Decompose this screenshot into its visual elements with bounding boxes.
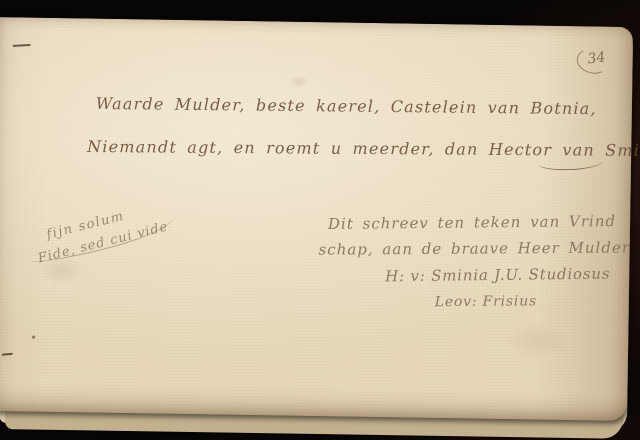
page-number-digits: 34 <box>587 49 607 67</box>
dedication-line-2: schap, aan de braave Heer Mulder <box>318 238 630 258</box>
page-number: 34 <box>578 48 612 75</box>
inscription-line-2: Niemandt agt, en roemt u meerder, dan He… <box>87 137 640 160</box>
album-page: 34 Waarde Mulder, beste kaerel, Castelei… <box>0 17 633 421</box>
underline-flourish <box>539 159 603 170</box>
inscription-line-1: Waarde Mulder, beste kaerel, Castelein v… <box>96 94 597 118</box>
signature-name: H: v: Sminia J.U. Studiosus <box>385 265 610 286</box>
photo-background: 34 Waarde Mulder, beste kaerel, Castelei… <box>0 0 640 440</box>
signature-place: Leov: Frisius <box>435 293 537 310</box>
dedication-line-1: Dit schreev ten teken van Vrind <box>328 212 616 233</box>
ink-mark <box>2 353 13 356</box>
ink-mark <box>32 336 35 339</box>
ink-mark <box>13 44 31 47</box>
marginal-annotation: fijn solum Fide, sed cui vide <box>31 199 169 266</box>
